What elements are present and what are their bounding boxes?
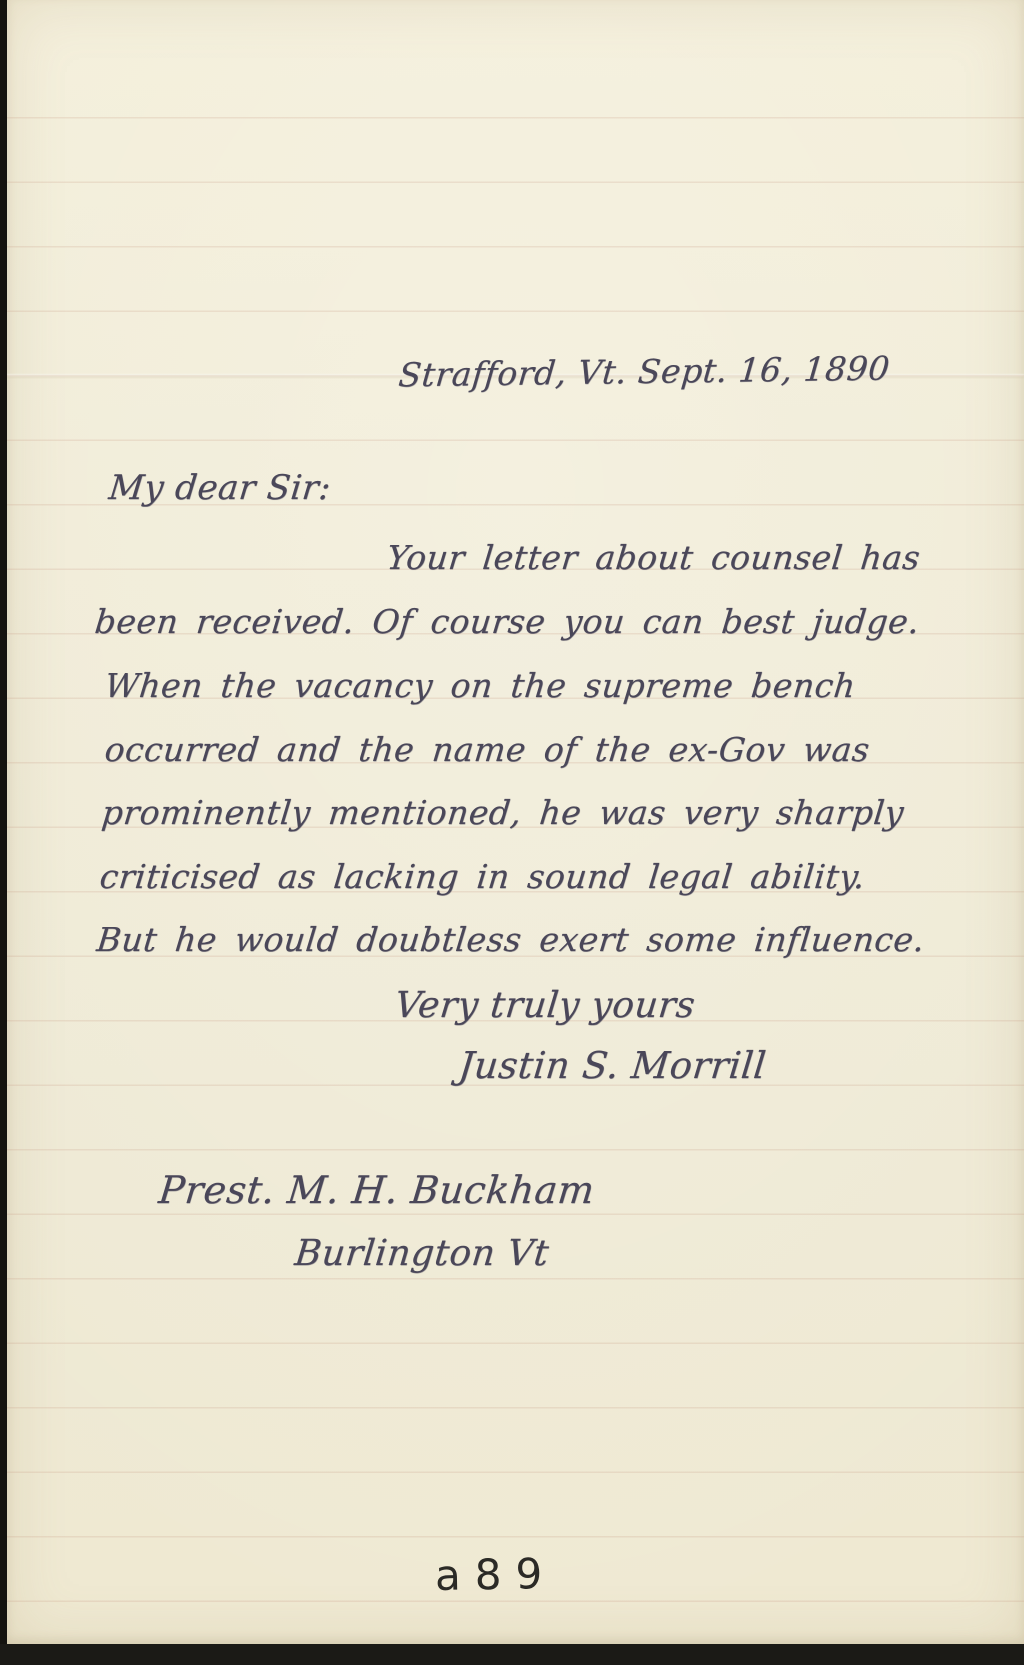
signature: Justin S. Morrill xyxy=(457,1044,769,1087)
recipient-name: Prest. M. H. Buckham xyxy=(157,1168,597,1212)
scan-edge-left xyxy=(0,0,7,1665)
body-line: been received. Of course you can best ju… xyxy=(93,602,922,641)
body-line: When the vacancy on the supreme bench xyxy=(103,666,858,705)
body-line: But he would doubtless exert some influe… xyxy=(95,920,927,959)
salutation: My dear Sir: xyxy=(107,468,333,508)
closing: Very truly yours xyxy=(393,985,697,1026)
scan-edge-bottom xyxy=(0,1644,1024,1665)
body-line: criticised as lacking in sound legal abi… xyxy=(98,857,867,896)
body-line: prominently mentioned, he was very sharp… xyxy=(100,793,906,832)
body-line: occurred and the name of the ex-Gov was xyxy=(103,730,872,769)
dateline: Strafford, Vt. Sept. 16, 1890 xyxy=(397,349,892,395)
ruled-lines xyxy=(7,54,1024,1644)
body-line: Your letter about counsel has xyxy=(385,538,922,577)
scanned-letter-background: Strafford, Vt. Sept. 16, 1890 My dear Si… xyxy=(0,0,1024,1665)
archival-page-number: a89 xyxy=(435,1549,557,1600)
letter-page: Strafford, Vt. Sept. 16, 1890 My dear Si… xyxy=(7,0,1024,1644)
recipient-city: Burlington Vt xyxy=(293,1233,551,1274)
